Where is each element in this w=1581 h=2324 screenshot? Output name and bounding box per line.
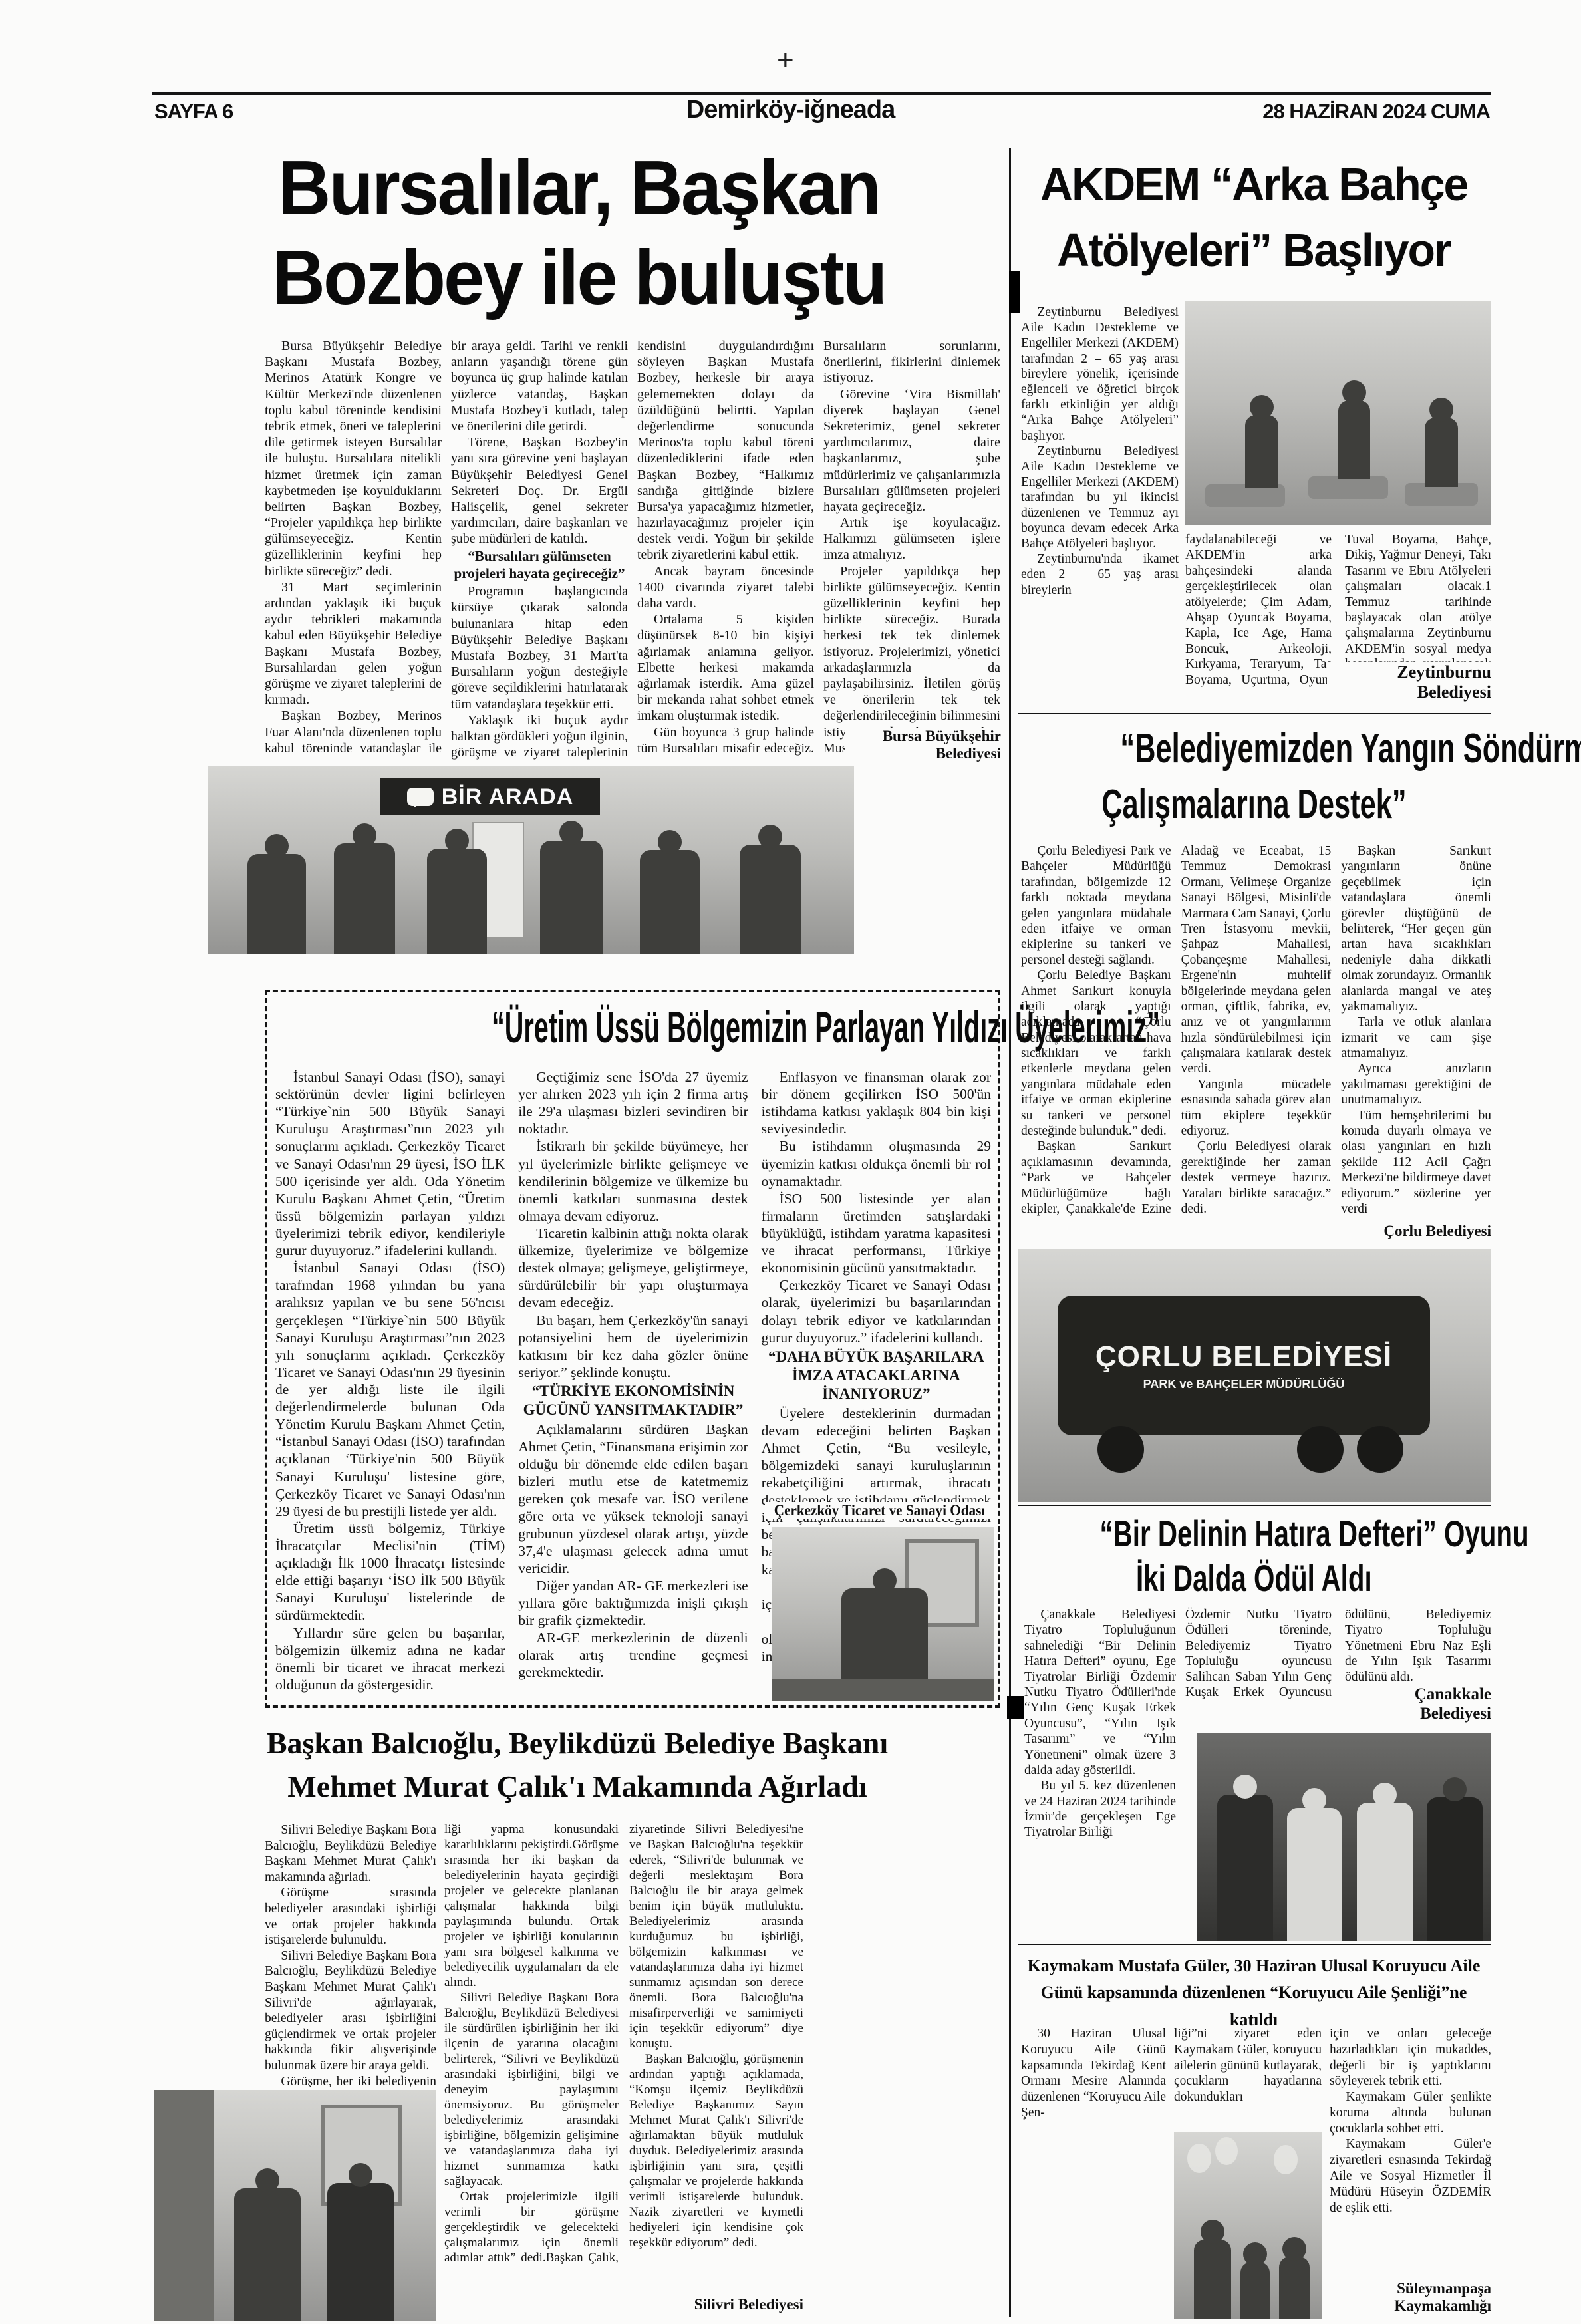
person-silhouette bbox=[1357, 1803, 1413, 1941]
person-silhouette bbox=[234, 2188, 301, 2321]
registration-cross-icon: + bbox=[777, 44, 794, 77]
person-silhouette bbox=[1427, 1797, 1483, 1941]
person-silhouette bbox=[740, 845, 801, 954]
canakkale-headline: “Bir Delinin Hatıra Defteri” Oyunu İki D… bbox=[1016, 1511, 1491, 1600]
person-silhouette bbox=[1338, 400, 1370, 479]
person-silhouette bbox=[427, 849, 487, 954]
canakkale-body-col1: Çanakkale Belediyesi Tiyatro Topluluğunu… bbox=[1024, 1607, 1176, 1940]
silivri-meeting-photo bbox=[154, 2090, 436, 2321]
truck-text-line1: ÇORLU BELEDİYESİ bbox=[1095, 1340, 1392, 1374]
corlu-firetruck-photo: ÇORLU BELEDİYESİ PARK ve BAHÇELER MÜDÜRL… bbox=[1018, 1249, 1491, 1502]
person-silhouette bbox=[1194, 2240, 1231, 2319]
person-silhouette bbox=[1287, 1808, 1342, 1941]
kaymakam-body-part3: için ve onları geleceğe hazırladıkları i… bbox=[1330, 2026, 1491, 2216]
kaymakam-body-part1: 30 Haziran Ulusal Koruyucu Aile Günü kap… bbox=[1021, 2026, 1166, 2121]
cerkezkoy-headline-text: “Üretim Üssü Bölgemizin Parlayan Yıldızı… bbox=[492, 1002, 1160, 1053]
silivri-byline: Silivri Belediyesi bbox=[658, 2296, 803, 2313]
truck-wheel bbox=[1297, 1426, 1344, 1473]
section-rule-2 bbox=[1018, 1505, 1491, 1506]
person-silhouette bbox=[1240, 2262, 1270, 2319]
akdem-body-col1: Zeytinburnu Belediyesi Aile Kadın Destek… bbox=[1021, 305, 1179, 713]
canakkale-byline: Çanakkale Belediyesi bbox=[1364, 1685, 1491, 1724]
akdem-body-part1: Zeytinburnu Belediyesi Aile Kadın Destek… bbox=[1021, 305, 1179, 598]
person-silhouette bbox=[247, 854, 306, 954]
bursa-subhead: “Bursalıları gülümseten projeleri hayata… bbox=[451, 548, 628, 582]
person-silhouette bbox=[327, 2183, 394, 2321]
kaymakam-body-part2: liği”ni ziyaret eden Kaymakam Güler, kor… bbox=[1174, 2026, 1322, 2105]
header-rule bbox=[152, 92, 1491, 95]
newspaper-page: + SAYFA 6 Demirköy-iğneada 28 HAZİRAN 20… bbox=[0, 0, 1581, 2324]
akdem-headline-line2: Atölyeleri” Başlıyor bbox=[1057, 218, 1450, 283]
truck-wheel bbox=[1357, 1426, 1403, 1473]
canakkale-body-part1: Çanakkale Belediyesi Tiyatro Topluluğunu… bbox=[1024, 1607, 1176, 1840]
exercise-mat bbox=[1308, 476, 1388, 499]
person-silhouette bbox=[640, 850, 700, 954]
silivri-body-part2: liği yapma konusundaki kararlılıklarını … bbox=[444, 1822, 803, 2266]
truck-wheel bbox=[1097, 1426, 1144, 1473]
bursa-headline: Bursalılar, Başkan Bozbey ile buluştu bbox=[153, 143, 1004, 322]
akdem-headline: AKDEM “Arka Bahçe Atölyeleri” Başlıyor bbox=[1016, 152, 1491, 284]
desk bbox=[772, 1679, 994, 1701]
speech-bubble-icon bbox=[407, 788, 434, 806]
canakkale-award-photo bbox=[1197, 1733, 1491, 1941]
akdem-byline: Zeytinburnu Belediyesi bbox=[1327, 662, 1491, 702]
person-silhouette bbox=[1425, 418, 1458, 487]
silivri-body-part1: Silivri Belediye Başkanı Bora Balcıoğlu,… bbox=[265, 1822, 436, 2087]
bursa-group-photo: BİR ARADA bbox=[208, 766, 854, 954]
akdem-photo bbox=[1185, 301, 1491, 525]
kaymakam-body-col3: için ve onları geleceğe hazırladıkları i… bbox=[1330, 2026, 1491, 2279]
bursa-body: Bursa Büyükşehir Belediye Başkanı Mustaf… bbox=[265, 338, 1000, 769]
balloon bbox=[1274, 2145, 1298, 2174]
kaymakam-byline: Süleymanpaşa Kaymakamlığı bbox=[1330, 2280, 1491, 2315]
akdem-headline-line1: AKDEM “Arka Bahçe bbox=[1040, 152, 1467, 218]
water-tanker-truck: ÇORLU BELEDİYESİ PARK ve BAHÇELER MÜDÜRL… bbox=[1058, 1296, 1430, 1435]
column-divider bbox=[1009, 148, 1011, 2317]
kaymakam-headline: Kaymakam Mustafa Güler, 30 Haziran Ulusa… bbox=[1016, 1953, 1491, 2033]
kaymakam-body-col1: 30 Haziran Ulusal Koruyucu Aile Günü kap… bbox=[1021, 2026, 1166, 2319]
issue-date: 28 HAZİRAN 2024 CUMA bbox=[1262, 100, 1490, 124]
canakkale-headline-line1: “Bir Delinin Hatıra Defteri” Oyunu bbox=[1099, 1511, 1528, 1556]
kaymakam-headline-line1: Kaymakam Mustafa Güler, 30 Haziran Ulusa… bbox=[1016, 1953, 1491, 1979]
cerkezkoy-byline-text: Çerkezköy Ticaret ve Sanayi Odası bbox=[774, 1502, 985, 1519]
bir-arada-banner: BİR ARADA bbox=[380, 778, 600, 815]
silivri-headline: Başkan Balcıoğlu, Beylikdüzü Belediye Ba… bbox=[153, 1721, 1002, 1809]
silivri-headline-line2: Mehmet Murat Çalık'ı Makamında Ağırladı bbox=[153, 1765, 1002, 1808]
bursa-byline: Bursa Büyükşehir Belediyesi bbox=[845, 728, 1001, 763]
cerkezkoy-subhead2: “DAHA BÜYÜK BAŞARILARA İMZA ATACAKLARINA… bbox=[762, 1348, 991, 1403]
cerkezkoy-president-portrait bbox=[772, 1527, 994, 1701]
cerkezkoy-headline: “Üretim Üssü Bölgemizin Parlayan Yıldızı… bbox=[269, 1002, 996, 1053]
canakkale-headline-line2: İki Dalda Ödül Aldı bbox=[1136, 1556, 1372, 1600]
fold-mark-bottom bbox=[1007, 1696, 1024, 1719]
silivri-body-col1: Silivri Belediye Başkanı Bora Balcıoğlu,… bbox=[265, 1822, 436, 2087]
truck-text-line2: PARK ve BAHÇELER MÜDÜRLÜĞÜ bbox=[1143, 1378, 1345, 1391]
silivri-body-cols23: liği yapma konusundaki kararlılıklarını … bbox=[444, 1822, 803, 2321]
silivri-headline-line1: Başkan Balcıoğlu, Beylikdüzü Belediye Ba… bbox=[153, 1721, 1002, 1765]
kaymakam-headline-line2: Günü kapsamında düzenlenen “Koruyucu Ail… bbox=[1016, 1979, 1491, 2033]
balloon bbox=[1215, 2137, 1238, 2165]
cerkezkoy-subhead1: “TÜRKİYE EKONOMİSİNİN GÜCÜNÜ YANSITMAKTA… bbox=[518, 1382, 748, 1419]
bursa-headline-line2: Bozbey ile buluştu bbox=[272, 233, 885, 323]
bir-arada-text: BİR ARADA bbox=[442, 784, 574, 810]
kaymakam-body-col2: liği”ni ziyaret eden Kaymakam Güler, kor… bbox=[1174, 2026, 1322, 2127]
kaymakam-event-photo bbox=[1174, 2132, 1322, 2319]
corlu-headline: “Belediyemizden Yangın Söndürme Çalışmal… bbox=[1016, 721, 1491, 832]
bursa-headline-line1: Bursalılar, Başkan bbox=[278, 143, 879, 233]
person-silhouette bbox=[540, 841, 603, 954]
section-rule-3 bbox=[1018, 1944, 1491, 1945]
corlu-byline: Çorlu Belediyesi bbox=[1350, 1223, 1491, 1240]
person-silhouette bbox=[1217, 1795, 1273, 1941]
person-silhouette bbox=[1245, 415, 1278, 488]
section-rule-1 bbox=[1018, 713, 1491, 714]
bookshelf bbox=[154, 2090, 214, 2321]
person-silhouette bbox=[334, 843, 395, 954]
corlu-headline-line1: “Belediyemizden Yangın Söndürme bbox=[1120, 721, 1581, 777]
corlu-headline-line2: Çalışmalarına Destek” bbox=[1101, 777, 1406, 833]
cerkezkoy-byline: Çerkezköy Ticaret ve Sanayi Odası bbox=[765, 1502, 994, 1519]
person-silhouette bbox=[1279, 2257, 1310, 2319]
balloon bbox=[1187, 2144, 1211, 2173]
